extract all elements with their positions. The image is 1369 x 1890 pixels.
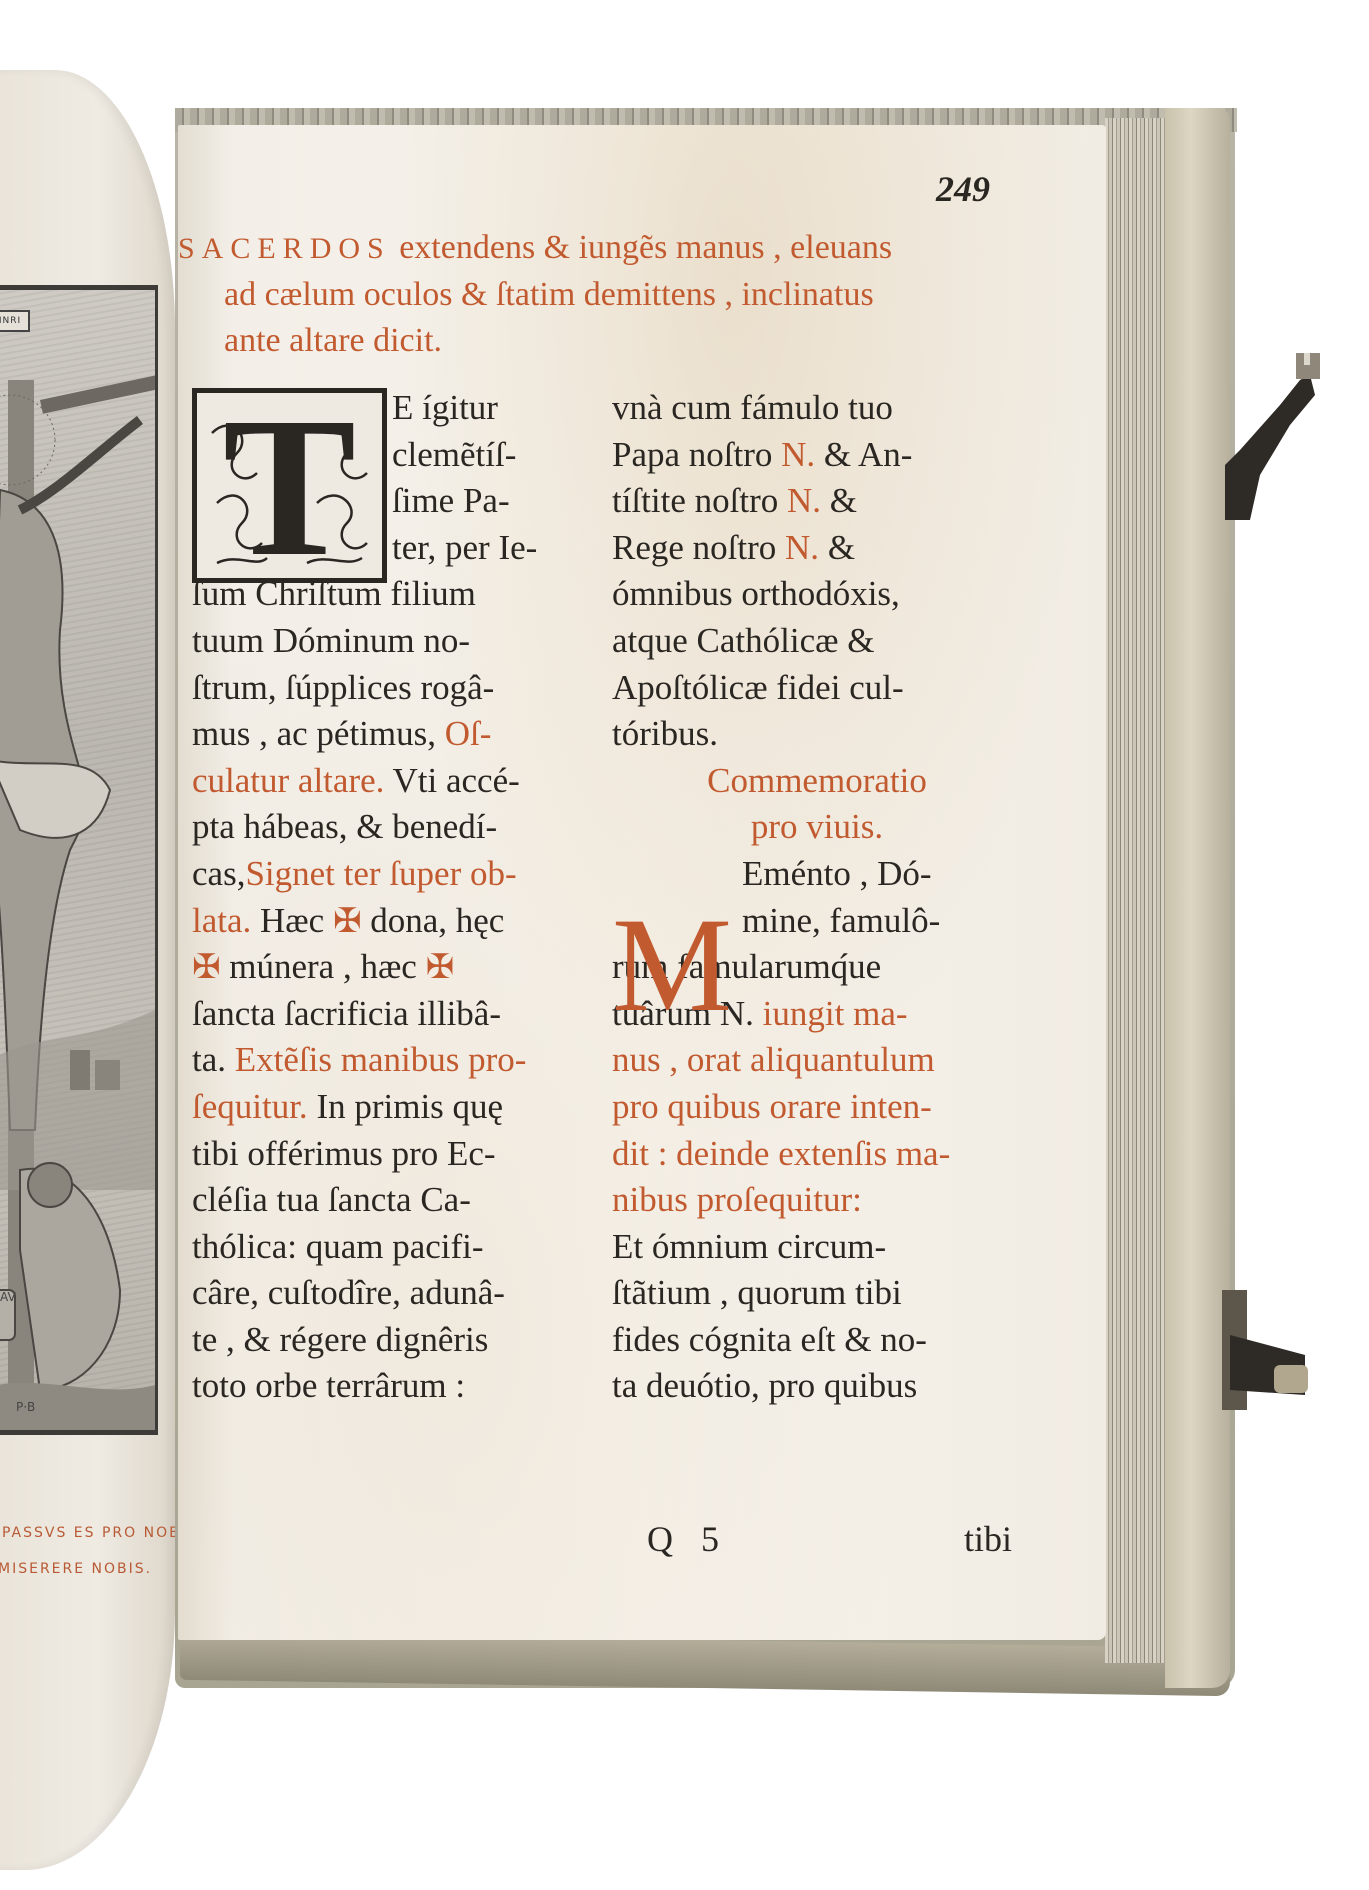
caption-line-2: MISERERE NOBIS. [0,1551,160,1587]
text-line: clemẽtíſ- [192,432,602,479]
text-run: Apoſtólicæ fidei cul- [612,668,904,707]
text-column-left: E ígiturclemẽtíſ-ſime Pa-ter, per Ie-ſum… [192,385,602,1410]
section-heading: Commemoratio [612,758,1022,805]
rubric-text: N. [785,528,819,567]
crucifixion-figure-illustration [0,290,155,1430]
text-line: atque Cathólicæ & [612,618,1022,665]
section-heading: pro viuis. [612,804,1022,851]
rubric-text: N. [781,435,815,474]
text-run: tíſtite noſtro [612,481,787,520]
text-line: pro quibus orare inten- [612,1084,1022,1131]
text-line: ſancta ſacrificia illibâ- [192,991,602,1038]
text-line: nus , orat aliquantulum [612,1037,1022,1084]
red-cross-icon: ✠ [333,901,362,941]
rubric-text: Signet ter ſuper ob- [245,854,516,893]
text-run: thólica: quam pacifi- [192,1227,484,1266]
text-run: Eménto , Dó- [742,854,932,893]
text-line: tuum Dóminum no- [192,618,602,665]
text-line: thólica: quam pacifi- [192,1224,602,1271]
rubric-text: lata. [192,901,260,940]
text-run: Et ómnium circum- [612,1227,886,1266]
text-run: ſtãtium , quorum tibi [612,1273,902,1312]
text-line: câre, cuſtodîre, adunâ- [192,1270,602,1317]
text-line: E ígitur [192,385,602,432]
text-run: Rege noſtro [612,528,785,567]
text-line: Papa noſtro N. & An- [612,432,1022,479]
text-line: te , & régere dignêris [192,1317,602,1364]
text-run: câre, cuſtodîre, adunâ- [192,1273,505,1312]
rubric-text: extendens & iungẽs manus , eleuans [399,229,892,266]
text-line: Apoſtólicæ fidei cul- [612,665,1022,712]
text-line: lata. Hæc ✠ dona, hęc [192,898,602,945]
woodcut-caption: PASSVS ES PRO NOBIS MISERERE NOBIS. [0,1515,160,1587]
text-run: tóribus. [612,714,718,753]
rubric-text: pro quibus orare inten- [612,1087,932,1126]
page-footer: Q5 tibi [612,1518,1012,1560]
text-line: ta deuótio, pro quibus [612,1363,1022,1410]
rubric-line-3: ante altare dicit. [178,318,1008,364]
text-line: dit : deinde extenſis ma- [612,1131,1022,1178]
text-run: ſtrum, ſúpplices rogâ- [192,668,494,707]
initial-m: M [612,898,732,1033]
woodcut-monogram-pb: P·B [16,1400,35,1414]
text-run: tuum Dóminum no- [192,621,470,660]
text-run: In primis quę [316,1087,503,1126]
text-run: clemẽtíſ- [392,435,516,474]
text-run: Vti accé- [393,761,520,800]
catchword: tibi [964,1518,1012,1560]
caption-line-1: PASSVS ES PRO NOBIS [0,1515,160,1551]
sacerdos-small-caps: SACERDOS [178,232,391,265]
rubric-text: Oſ- [445,714,492,753]
text-run: mine, famulô- [742,901,940,940]
red-cross-icon: ✠ [192,947,221,987]
text-run: cléſia tua ſancta Ca- [192,1180,471,1219]
text-line: vnà cum fámulo tuo [612,385,1022,432]
upper-clasp-icon [1220,345,1330,525]
text-run: atque Cathólicæ & [612,621,874,660]
rubric-text: nibus proſequitur: [612,1180,862,1219]
verso-page: INRI AV P·B PASSVS ES PRO NOBIS MISERERE… [0,70,175,1870]
signature-letter: Q [647,1519,673,1559]
text-line: ſtrum, ſúpplices rogâ- [192,665,602,712]
text-run: vnà cum fámulo tuo [612,388,893,427]
text-line: cléſia tua ſancta Ca- [192,1177,602,1224]
text-line: ter, per Ie- [192,525,602,572]
page-fore-edge [1105,118,1165,1663]
text-line: ✠ múnera , hæc ✠ [192,944,602,991]
lower-clasp-icon [1210,1290,1315,1410]
text-run: E ígitur [392,388,498,427]
text-line: pta hábeas, & benedí- [192,804,602,851]
folio-number: 249 [936,168,990,210]
text-line: Rege noſtro N. & [612,525,1022,572]
text-line: fides cógnita eſt & no- [612,1317,1022,1364]
rubric-text: ſequitur. [192,1087,316,1126]
crucifixion-woodcut: INRI AV P·B [0,285,158,1435]
text-run: Hæc [260,901,333,940]
woodcut-monogram-av: AV [0,1290,16,1304]
text-line: tibi offérimus pro Ec- [192,1131,602,1178]
text-line: ſime Pa- [192,478,602,525]
signature-mark: Q5 [612,1518,719,1560]
text-line: culatur altare. Vti accé- [192,758,602,805]
text-line: ta. Extẽſis manibus pro- [192,1037,602,1084]
inri-title-board: INRI [0,310,30,332]
signature-number: 5 [701,1519,719,1559]
text-line: ſequitur. In primis quę [192,1084,602,1131]
text-line: nibus proſequitur: [612,1177,1022,1224]
text-run: ómnibus orthodóxis, [612,574,900,613]
text-run: ſime Pa- [392,481,510,520]
text-run: tibi offérimus pro Ec- [192,1134,496,1173]
text-line: cas,Signet ter ſuper ob- [192,851,602,898]
text-run: & [821,481,857,520]
text-line: tíſtite noſtro N. & [612,478,1022,525]
heading-rubric: SACERDOS extendens & iungẽs manus , eleu… [178,225,1008,364]
text-run: & [819,528,855,567]
text-run: & An- [815,435,912,474]
text-run: ta deuótio, pro quibus [612,1366,917,1405]
text-line: ſtãtium , quorum tibi [612,1270,1022,1317]
red-cross-icon: ✠ [426,947,455,987]
text-run: ſum Chriſtum filium [192,574,476,613]
text-run: ſancta ſacrificia illibâ- [192,994,501,1033]
text-run: mus , ac pétimus, [192,714,445,753]
rubric-text: nus , orat aliquantulum [612,1040,935,1079]
text-line: mus , ac pétimus, Oſ- [192,711,602,758]
rubric-text: iungit ma- [763,994,908,1033]
text-run: Papa noſtro [612,435,781,474]
text-line: Et ómnium circum- [612,1224,1022,1271]
text-run: toto orbe terrârum : [192,1366,465,1405]
rubric-text: Extẽſis manibus pro- [235,1040,527,1079]
text-run: te , & régere dignêris [192,1320,488,1359]
text-line: ſum Chriſtum filium [192,571,602,618]
text-line: tóribus. [612,711,1022,758]
text-run: pta hábeas, & benedí- [192,807,497,846]
text-run: ta. [192,1040,235,1079]
rubric-line-1: SACERDOS extendens & iungẽs manus , eleu… [178,225,1008,272]
text-run: dona, hęc [361,901,504,940]
rubric-text: dit : deinde extenſis ma- [612,1134,950,1173]
text-line: toto orbe terrârum : [192,1363,602,1410]
text-run: múnera , hæc [221,947,426,986]
text-run: ter, per Ie- [392,528,537,567]
rubric-line-2: ad cælum oculos & ſtatim demittens , inc… [178,272,1008,318]
text-line: ómnibus orthodóxis, [612,571,1022,618]
rubric-text: culatur altare. [192,761,393,800]
rubric-text: N. [787,481,821,520]
text-run: fides cógnita eſt & no- [612,1320,927,1359]
text-run: cas, [192,854,245,893]
